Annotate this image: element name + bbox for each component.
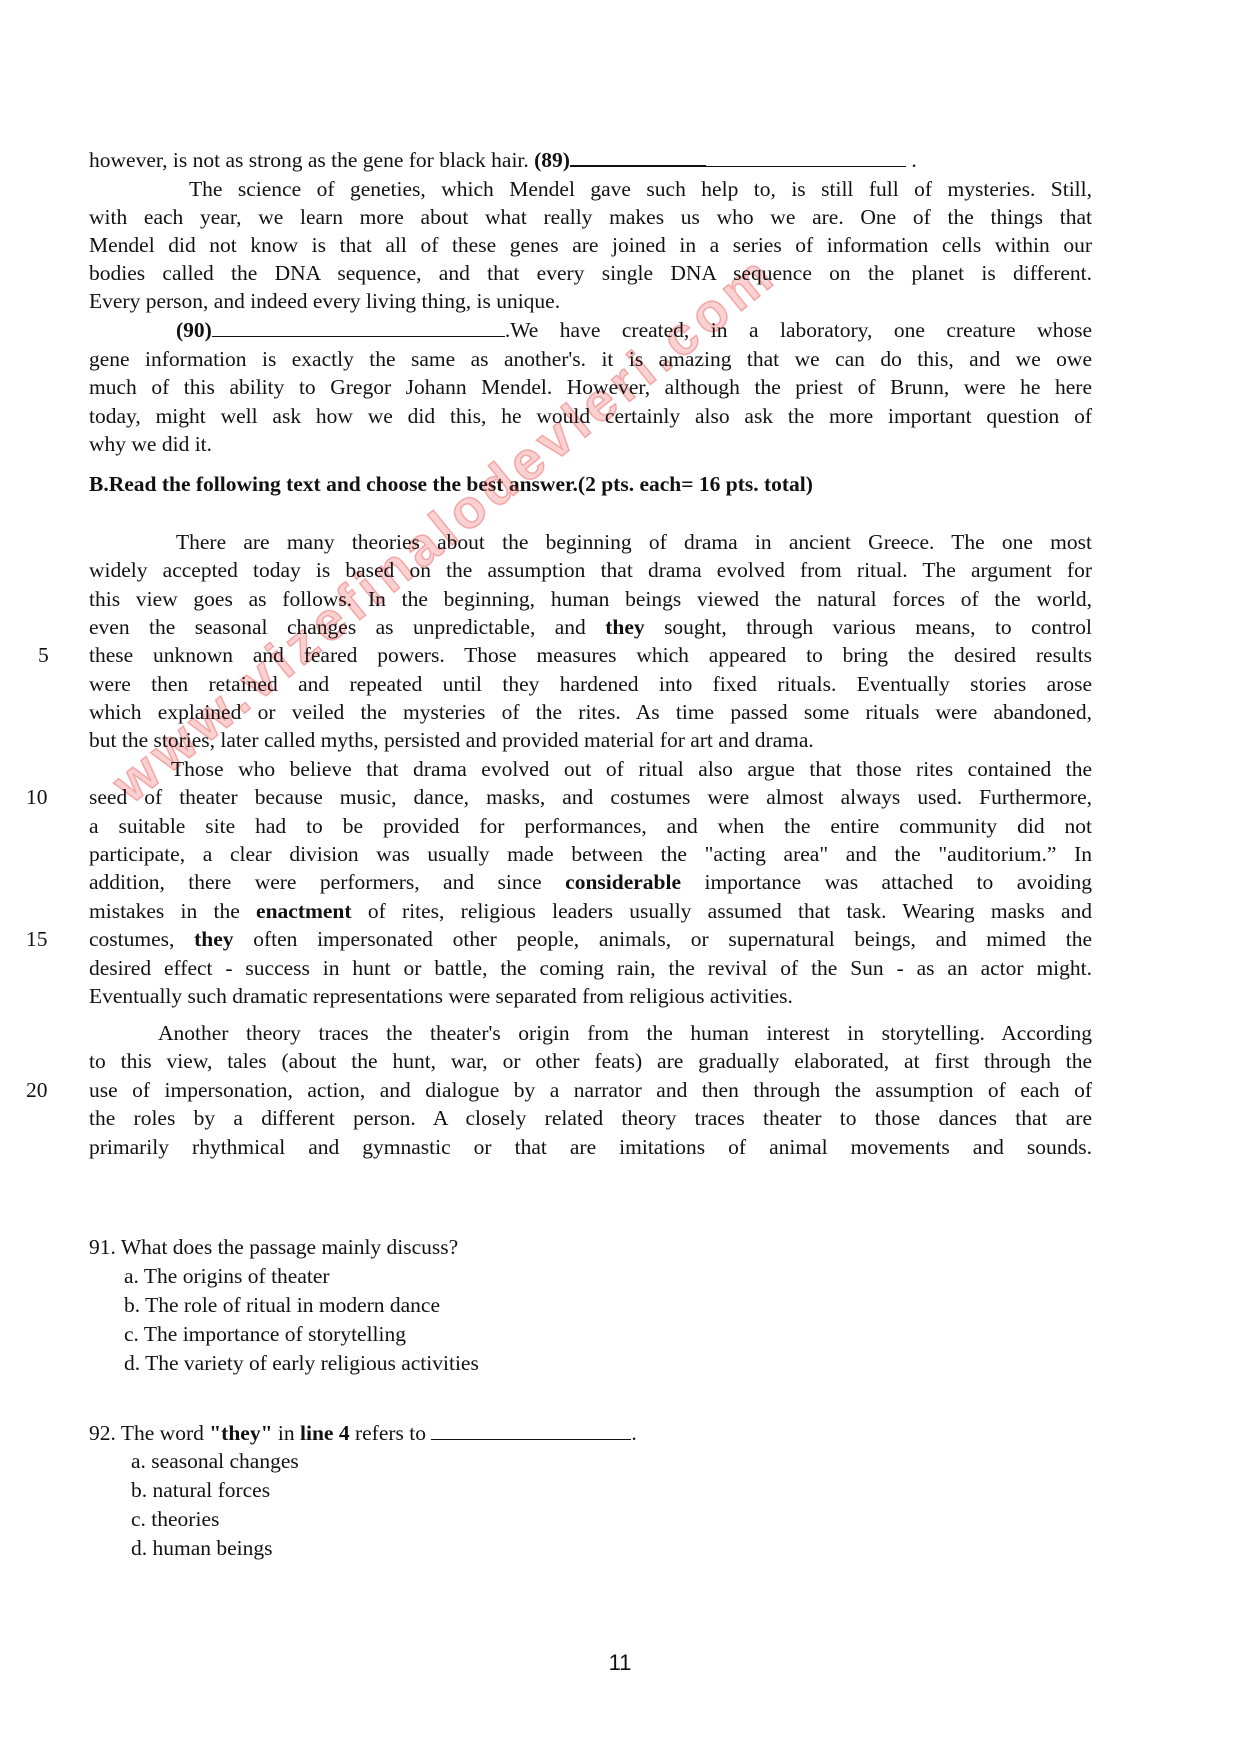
blank-89-line [706, 148, 906, 167]
passage-a-p3-line: gene information is exactly the same as … [89, 345, 1092, 374]
exam-page: however, is not as strong as the gene fo… [0, 0, 1240, 1754]
question-92-option[interactable]: d. human beings [131, 1534, 273, 1563]
passage-a-p3-line: much of this ability to Gregor Johann Me… [89, 373, 1092, 402]
passage-b-line: costumes, they often impersonated other … [89, 925, 1092, 954]
line-number: 10 [26, 783, 48, 812]
section-b-heading: B.Read the following text and choose the… [89, 470, 813, 499]
blank-89-line-bold [570, 147, 706, 167]
passage-b-line: the roles by a different person. A close… [89, 1104, 1092, 1133]
passage-a-p2-line: with each year, we learn more about what… [89, 203, 1092, 232]
question-91-option[interactable]: c. The importance of storytelling [124, 1320, 406, 1349]
passage-b-line: There are many theories about the beginn… [176, 528, 1092, 557]
passage-b-line: this view goes as follows. In the beginn… [89, 585, 1092, 614]
question-92-option[interactable]: a. seasonal changes [131, 1447, 299, 1476]
emphasized-word: considerable [565, 870, 681, 894]
passage-b-line: these unknown and feared powers. Those m… [89, 641, 1092, 670]
passage-a-p2-line: Every person, and indeed every living th… [89, 287, 1092, 316]
passage-b-line: Eventually such dramatic representations… [89, 982, 1092, 1011]
blank-90-line-a [212, 318, 348, 337]
passage-a-p3-line: today, might well ask how we did this, h… [89, 402, 1092, 431]
passage-b-line: addition, there were performers, and sin… [89, 868, 1092, 897]
passage-a-p2-line: The science of geneties, which Mendel ga… [189, 175, 1092, 204]
passage-b-line: desired effect - success in hunt or batt… [89, 954, 1092, 983]
passage-a-p2-line: bodies called the DNA sequence, and that… [89, 259, 1092, 288]
passage-b-line: a suitable site had to be provided for p… [89, 812, 1092, 841]
passage-a-p3-line: why we did it. [89, 430, 1092, 459]
passage-b-line: which explained or veiled the mysteries … [89, 698, 1092, 727]
passage-b-line: use of impersonation, action, and dialog… [89, 1076, 1092, 1105]
emphasized-word: they [605, 615, 644, 639]
answer-blank [431, 1421, 631, 1440]
continuation-text: however, is not as strong as the gene fo… [89, 148, 529, 172]
line-reference: line 4 [300, 1421, 350, 1445]
passage-a-continuation: however, is not as strong as the gene fo… [89, 146, 1092, 175]
p3-first-line-text: .We have created, in a laboratory, one c… [505, 316, 1092, 345]
passage-b-line: Another theory traces the theater's orig… [158, 1019, 1092, 1048]
passage-b-line: but the stories, later called myths, per… [89, 726, 1092, 755]
passage-b-line: primarily rhythmical and gymnastic or th… [89, 1133, 1092, 1162]
emphasized-word: they [194, 927, 233, 951]
passage-b-line: mistakes in the enactment of rites, reli… [89, 897, 1092, 926]
question-91-option[interactable]: b. The role of ritual in modern dance [124, 1291, 440, 1320]
passage-b-line: were then retained and repeated until th… [89, 670, 1092, 699]
question-92-option[interactable]: b. natural forces [131, 1476, 270, 1505]
line-number: 20 [26, 1076, 48, 1105]
passage-b-line: Those who believe that drama evolved out… [171, 755, 1092, 784]
line-number: 5 [38, 641, 49, 670]
blank-90-label: (90) [176, 316, 212, 345]
emphasized-word: enactment [256, 899, 352, 923]
passage-b-line: participate, a clear division was usuall… [89, 840, 1092, 869]
line-number: 15 [26, 925, 48, 954]
blank-89-label: (89) [534, 148, 570, 172]
question-91-option[interactable]: d. The variety of early religious activi… [124, 1349, 479, 1378]
question-92-option[interactable]: c. theories [131, 1505, 219, 1534]
question-91-option[interactable]: a. The origins of theater [124, 1262, 330, 1291]
quoted-word: "they" [209, 1421, 272, 1445]
question-92-stem: 92. The word "they" in line 4 refers to … [89, 1419, 637, 1448]
blank-90-line-b [348, 318, 505, 337]
passage-a-p3-first-line: (90).We have created, in a laboratory, o… [176, 316, 1092, 345]
passage-b-line: even the seasonal changes as unpredictab… [89, 613, 1092, 642]
passage-b-line: to this view, tales (about the hunt, war… [89, 1047, 1092, 1076]
page-number: 11 [0, 1650, 1240, 1676]
passage-b-line: seed of theater because music, dance, ma… [89, 783, 1092, 812]
passage-b-line: widely accepted today is based on the as… [89, 556, 1092, 585]
question-91-stem: 91. What does the passage mainly discuss… [89, 1233, 458, 1262]
passage-a-p2-line: Mendel did not know is that all of these… [89, 231, 1092, 260]
